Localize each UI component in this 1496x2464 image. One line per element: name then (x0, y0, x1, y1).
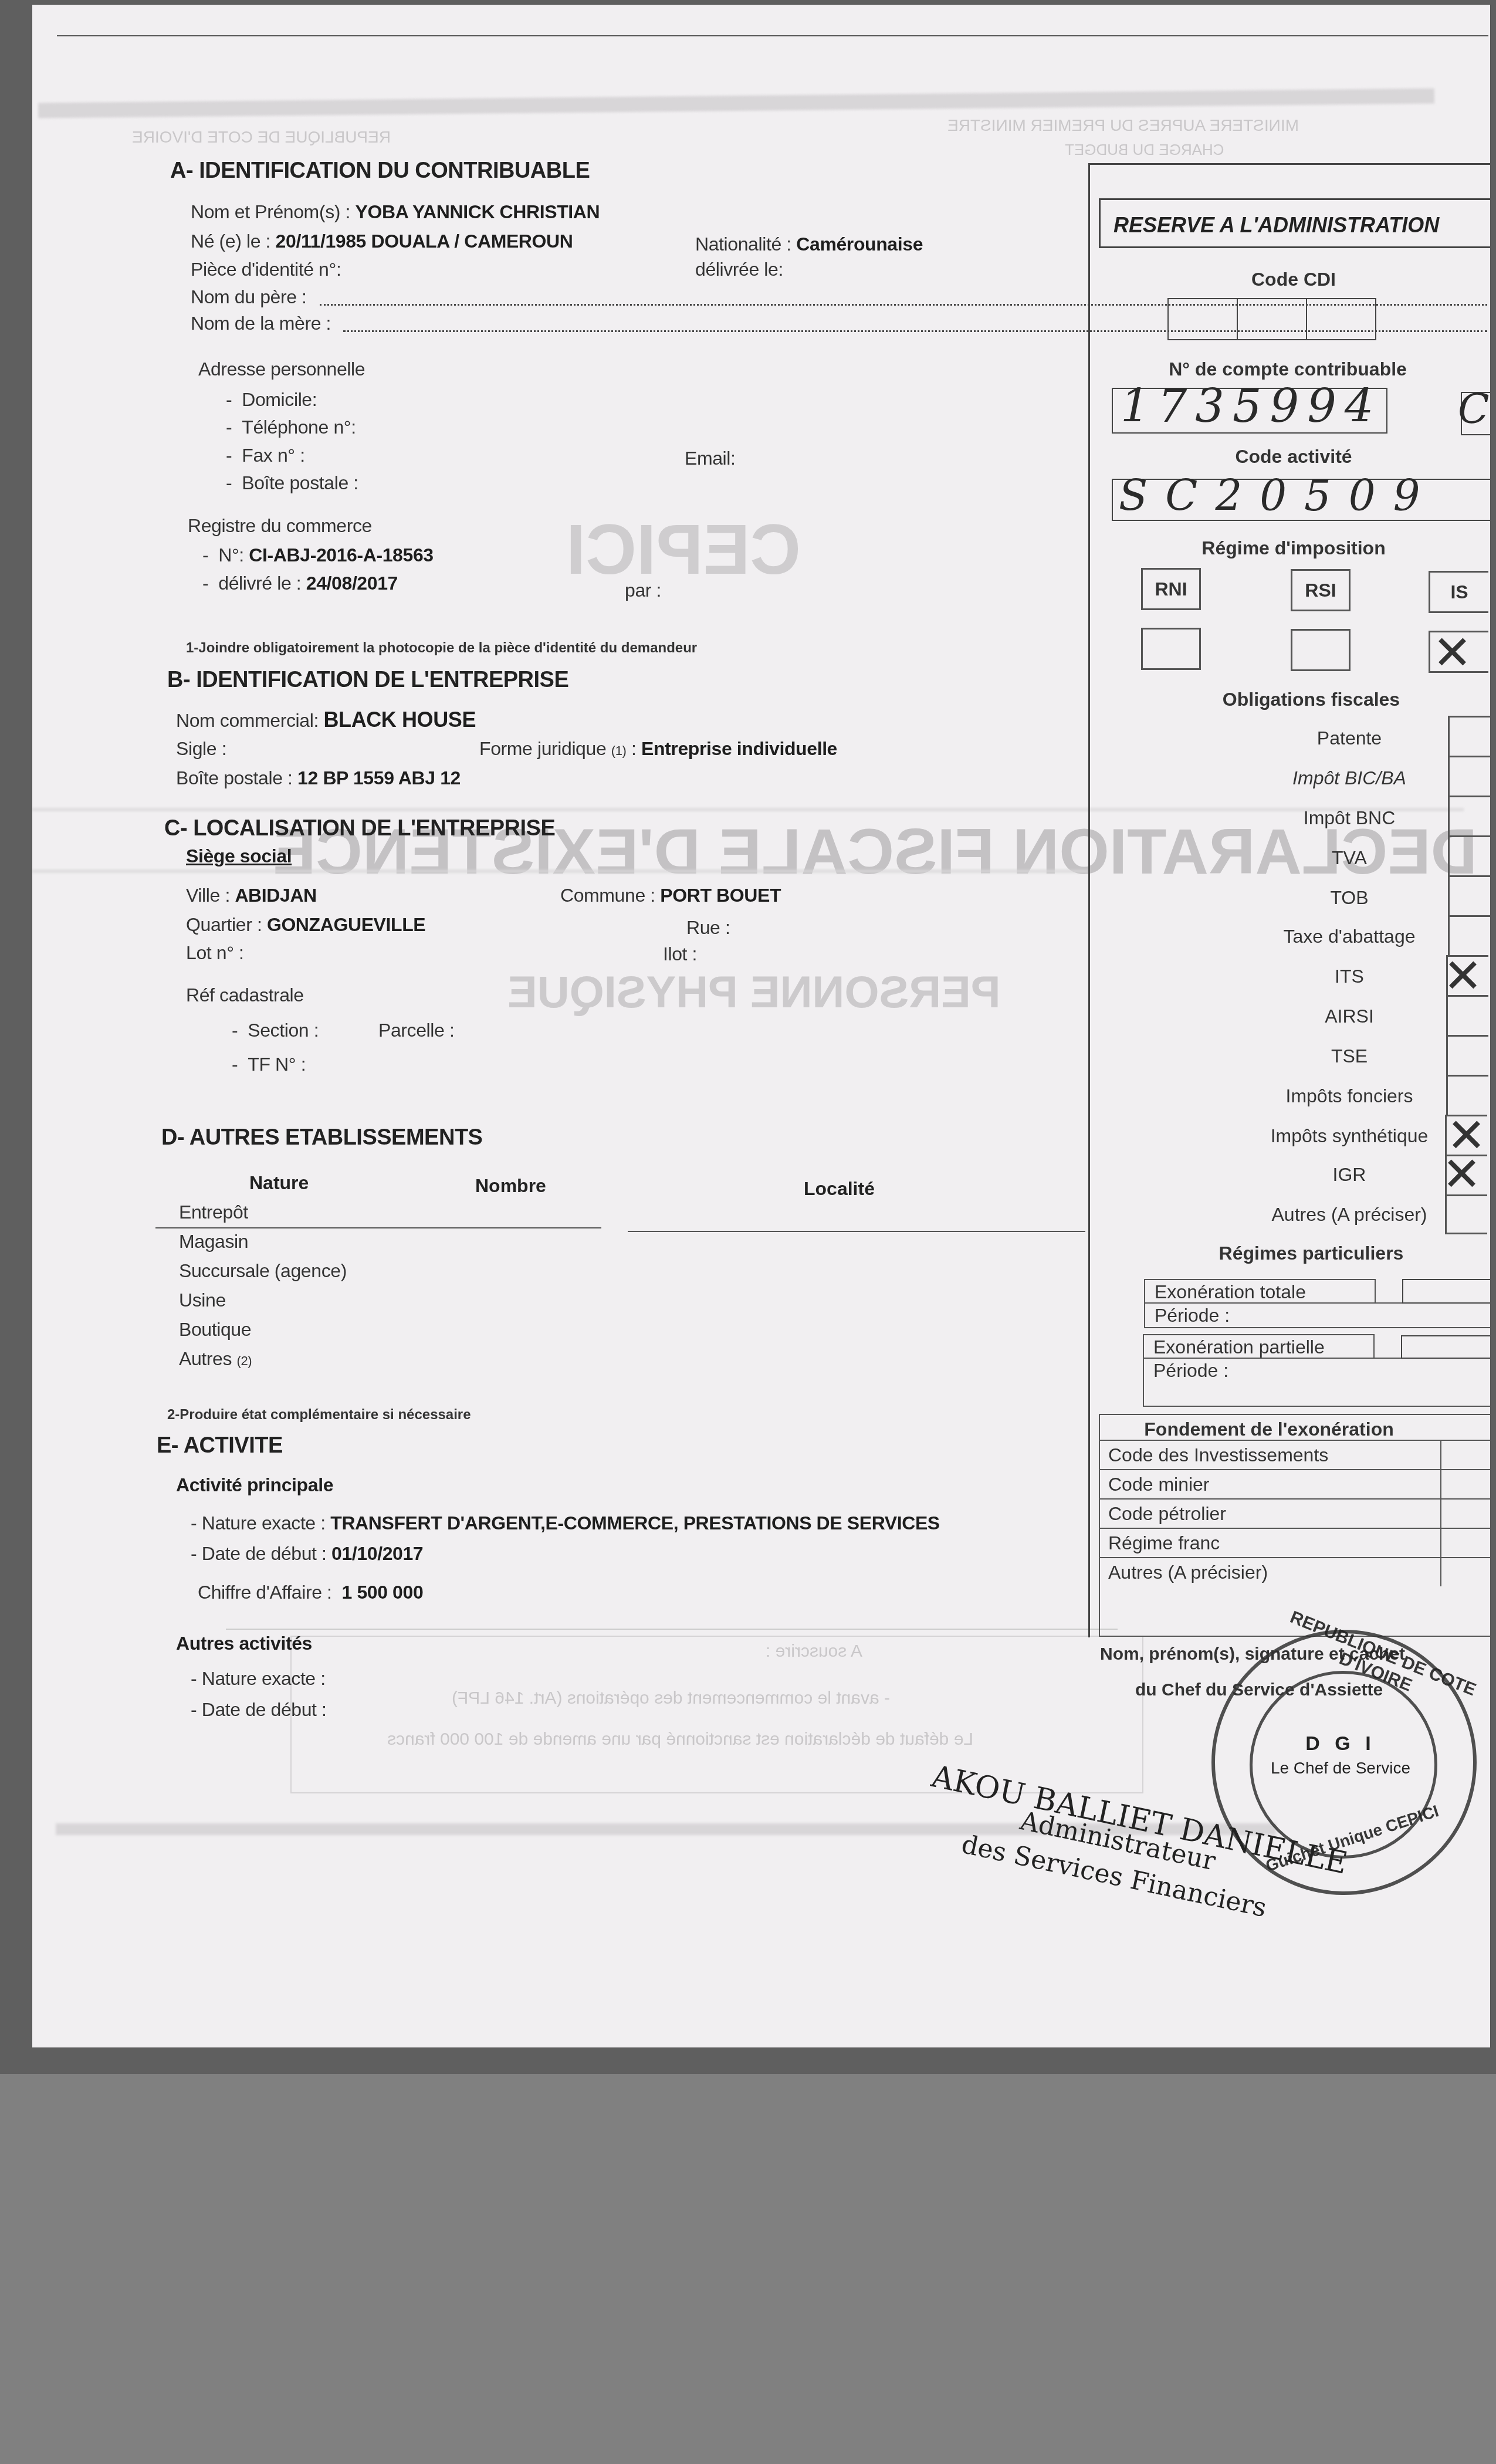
sigle-label: Sigle : (176, 738, 226, 760)
registre-date-label: délivré le : (218, 573, 301, 594)
obligation-its: ITS (1244, 966, 1455, 987)
section-e-heading: E- ACTIVITE (157, 1433, 283, 1458)
section-field: - Section : (232, 1020, 319, 1041)
scan-streak (38, 89, 1434, 119)
telephone-field: - Téléphone n°: (226, 417, 356, 438)
forme-juridique-value: Entreprise individuelle (641, 738, 837, 759)
regime-rsi-checkbox[interactable] (1291, 629, 1351, 671)
exoneration-partielle-periode[interactable]: Période : (1143, 1358, 1490, 1407)
obligation-checkbox[interactable] (1446, 995, 1488, 1035)
fondement-row[interactable]: Régime franc (1099, 1528, 1490, 1557)
nature-cell: Magasin (179, 1231, 248, 1252)
ville-value: ABIDJAN (235, 885, 316, 906)
exoneration-partielle-label: Exonération partielle (1143, 1334, 1375, 1359)
code-cdi-cell[interactable] (1306, 298, 1376, 340)
obligation-checkbox[interactable] (1448, 716, 1490, 756)
boite-postale-field: - Boîte postale : (226, 472, 358, 494)
table-row[interactable]: Magasin (179, 1231, 248, 1253)
date-debut-label: - Date de début : (191, 1543, 327, 1564)
tf-label: TF N° : (248, 1054, 306, 1075)
nom-pere-label: Nom du père : (191, 286, 307, 308)
section-a-heading: A- IDENTIFICATION DU CONTRIBUABLE (170, 158, 590, 184)
code-activite-value: SC20509 (1119, 471, 1437, 520)
table-row[interactable]: Entrepôt (179, 1201, 248, 1223)
bullet: - (202, 573, 208, 594)
obligation-checkbox[interactable] (1446, 1035, 1488, 1075)
obligation-checkbox[interactable] (1448, 875, 1490, 915)
regime-rni-label: RNI (1141, 568, 1201, 610)
bp-entreprise-label: Boîte postale : (176, 767, 293, 788)
registre-date-field: - délivré le : 24/08/2017 (202, 573, 398, 594)
regime-is-label: IS (1429, 571, 1488, 613)
registre-numero-label: N°: (218, 544, 244, 566)
obligation-checkbox[interactable] (1445, 1194, 1487, 1234)
obligation-bnc: Impôt BNC (1244, 807, 1455, 829)
nature-exacte-value: TRANSFERT D'ARGENT,E-COMMERCE, PRESTATIO… (330, 1512, 940, 1534)
fondement-autres: Autres (A précisier) (1108, 1562, 1268, 1583)
compte-contribuable-label: N° de compte contribuable (1123, 358, 1452, 380)
chiffre-affaire-label: Chiffre d'Affaire : (198, 1582, 332, 1603)
regime-rni-checkbox[interactable] (1141, 628, 1201, 670)
seal-center-text: D G I (1250, 1732, 1431, 1755)
ville-field: Ville : ABIDJAN (186, 885, 317, 906)
nature-cell: Entrepôt (179, 1201, 248, 1223)
section-label: Section : (248, 1020, 319, 1041)
ilot-label: Ilot : (663, 943, 697, 965)
ghost-header-right: MINISTERE AUPRES DU PREMIER MINISTRE (947, 116, 1299, 135)
fondement-code-investissements: Code des Investissements (1108, 1444, 1328, 1465)
exoneration-partielle-checkbox[interactable] (1401, 1335, 1490, 1359)
regimes-particuliers-label: Régimes particuliers (1182, 1243, 1440, 1264)
nature-exacte-field: - Nature exacte : TRANSFERT D'ARGENT,E-C… (191, 1512, 940, 1534)
obligation-impots-fonciers: Impôts fonciers (1244, 1085, 1455, 1107)
section-c-heading: C- LOCALISATION DE L'ENTREPRISE (164, 816, 555, 841)
fondement-code-minier: Code minier (1108, 1474, 1210, 1495)
obligation-airsi: AIRSI (1244, 1006, 1455, 1027)
ghost-header-left: REPUBLIQUE DE COTE D'IVOIRE (132, 128, 391, 147)
obligation-autres: Autres (A préciser) (1244, 1204, 1455, 1226)
regime-is-checkbox[interactable]: ✕ (1429, 631, 1488, 673)
nom-prenoms-field: Nom et Prénom(s) : YOBA YANNICK CHRISTIA… (191, 201, 600, 223)
ghost-rule (226, 1629, 1118, 1630)
nature-cell: Boutique (179, 1319, 251, 1340)
nom-commercial-field: Nom commercial: BLACK HOUSE (176, 708, 476, 732)
seal-center-text-2: Le Chef de Service (1250, 1759, 1431, 1778)
obligation-bic-ba: Impôt BIC/BA (1244, 767, 1455, 789)
adresse-personnelle-label: Adresse personnelle (198, 358, 365, 380)
ghost-cepici-logo: CEPICI (566, 509, 801, 590)
check-x-icon: ✕ (1442, 1154, 1481, 1195)
registre-date-value: 24/08/2017 (306, 573, 398, 594)
code-cdi-label: Code CDI (1147, 269, 1440, 290)
forme-juridique-ref: (1) (611, 743, 627, 758)
check-x-icon: ✕ (1443, 956, 1483, 997)
fondement-regime-franc: Régime franc (1108, 1532, 1220, 1553)
table-row[interactable]: Usine (179, 1289, 226, 1311)
date-debut-value: 01/10/2017 (331, 1543, 423, 1564)
table-row[interactable]: Succursale (agence) (179, 1260, 347, 1282)
date-lieu-naissance-field: Né (e) le : 20/11/1985 DOUALA / CAMEROUN (191, 231, 573, 252)
bp-entreprise-field: Boîte postale : 12 BP 1559 ABJ 12 (176, 767, 461, 789)
siege-social-label: Siège social (186, 845, 292, 867)
section-b-heading: B- IDENTIFICATION DE L'ENTREPRISE (167, 668, 568, 693)
bullet: - (226, 445, 232, 466)
ghost-rule (32, 870, 1088, 872)
tf-field: - TF N° : (232, 1054, 306, 1075)
fax-field: - Fax n° : (226, 445, 305, 466)
bp-entreprise-value: 12 BP 1559 ABJ 12 (297, 767, 461, 788)
autres-nature-label: - Nature exacte : (191, 1668, 326, 1690)
exoneration-totale-periode[interactable]: Période : (1144, 1302, 1490, 1328)
parcelle-label: Parcelle : (378, 1020, 454, 1041)
registre-numero-value: CI-ABJ-2016-A-18563 (249, 544, 433, 566)
obligation-checkbox[interactable]: ✕ (1445, 1155, 1487, 1194)
col-header-nombre: Nombre (475, 1175, 546, 1197)
bullet: - (232, 1054, 238, 1075)
footnote-2: 2-Produire état complémentaire si nécess… (167, 1407, 471, 1423)
obligations-list: Patente Impôt BIC/BA Impôt BNC TVA TOB T… (1194, 720, 1455, 1237)
obligation-taxe-abattage: Taxe d'abattage (1244, 926, 1455, 947)
forme-juridique-label: Forme juridique (479, 738, 606, 759)
ne-le-label: Né (e) le : (191, 231, 270, 252)
bullet: - (226, 417, 232, 438)
section-d-heading: D- AUTRES ETABLISSEMENTS (161, 1125, 482, 1150)
admin-title: RESERVE A L'ADMINISTRATION (1099, 198, 1490, 248)
rue-label: Rue : (686, 917, 730, 939)
nationalite-value: Camérounaise (796, 233, 923, 255)
domicile-label: Domicile: (242, 389, 317, 410)
ne-le-value: 20/11/1985 DOUALA / CAMEROUN (276, 231, 573, 252)
obligation-tva: TVA (1244, 847, 1455, 869)
fax-label: Fax n° : (242, 445, 304, 466)
quartier-label: Quartier : (186, 914, 262, 935)
exoneration-totale-checkbox[interactable] (1402, 1279, 1490, 1304)
footnote-1: 1-Joindre obligatoirement la photocopie … (186, 640, 697, 656)
date-debut-field: - Date de début : 01/10/2017 (191, 1543, 423, 1565)
obligation-patente: Patente (1244, 727, 1455, 749)
fondement-row[interactable]: Code minier (1099, 1469, 1490, 1498)
nationalite-label: Nationalité : (695, 233, 791, 255)
nom-prenoms-value: YOBA YANNICK CHRISTIAN (355, 201, 600, 222)
nom-prenoms-label: Nom et Prénom(s) : (191, 201, 350, 222)
fondement-row[interactable]: Code pétrolier (1099, 1498, 1490, 1528)
commune-label: Commune : (560, 885, 655, 906)
chiffre-affaire-field: Chiffre d'Affaire : 1 500 000 (198, 1582, 423, 1603)
obligations-fiscales-label: Obligations fiscales (1182, 689, 1440, 710)
bullet: - (226, 389, 232, 410)
bullet: - (202, 544, 208, 566)
obligation-checkbox[interactable] (1448, 796, 1490, 835)
quartier-value: GONZAGUEVILLE (267, 914, 425, 935)
ref-cadastrale-label: Réf cadastrale (186, 984, 304, 1006)
nature-cell: Autres (179, 1348, 232, 1369)
activite-principale-label: Activité principale (176, 1474, 333, 1496)
commune-value: PORT BOUET (660, 885, 781, 906)
table-row[interactable]: Autres (2) (179, 1348, 252, 1370)
autres-date-label: - Date de début : (191, 1699, 327, 1721)
col-header-localite: Localité (804, 1178, 875, 1200)
email-label: Email: (685, 448, 736, 469)
code-cdi-cell[interactable] (1167, 298, 1238, 340)
chiffre-affaire-value: 1 500 000 (342, 1582, 424, 1603)
bullet: - (232, 1020, 238, 1041)
code-cdi-cell[interactable] (1237, 298, 1307, 340)
nature-cell: Succursale (agence) (179, 1260, 347, 1281)
table-row[interactable]: Boutique (179, 1319, 251, 1341)
fondement-label: Fondement de l'exonération (1099, 1419, 1439, 1440)
fondement-row[interactable]: Autres (A précisier) (1099, 1557, 1490, 1586)
bullet: - (226, 472, 232, 493)
registre-par-label: par : (625, 580, 661, 601)
exoneration-totale-label: Exonération totale (1144, 1279, 1376, 1304)
nature-cell: Usine (179, 1289, 226, 1311)
declaration-form-page: REPUBLIQUE DE COTE D'IVOIRE MINISTERE AU… (32, 5, 1490, 2047)
regime-rsi-label: RSI (1291, 569, 1351, 611)
ville-label: Ville : (186, 885, 230, 906)
autres-ref: (2) (237, 1353, 252, 1368)
ghost-header-right2: CHARGE DU BUDGET (1065, 141, 1224, 159)
obligation-checkbox[interactable]: ✕ (1446, 955, 1488, 995)
telephone-label: Téléphone n°: (242, 417, 356, 438)
ghost-notice-box (290, 1636, 1143, 1793)
autres-activites-label: Autres activités (176, 1633, 312, 1654)
nom-mere-label: Nom de la mère : (191, 313, 331, 334)
col-header-nature: Nature (249, 1172, 309, 1194)
code-activite-label: Code activité (1147, 446, 1440, 468)
lot-label: Lot n° : (186, 942, 244, 964)
obligation-checkbox[interactable] (1448, 756, 1490, 796)
compte-contribuable-value: 1735994 (1121, 380, 1382, 433)
compte-key-value: C (1458, 385, 1490, 433)
delivree-le-label: délivrée le: (695, 259, 783, 280)
fondement-code-petrolier: Code pétrolier (1108, 1503, 1226, 1524)
obligation-checkbox[interactable] (1448, 835, 1490, 875)
check-x-icon: ✕ (1433, 632, 1472, 673)
nom-commercial-label: Nom commercial: (176, 710, 319, 731)
ghost-subtitle: PERSONNE PHYSIQUE (507, 967, 1000, 1018)
forme-juridique-field: Forme juridique (1) : Entreprise individ… (479, 738, 837, 760)
domicile-field: - Domicile: (226, 389, 317, 411)
obligation-impots-synthetique: Impôts synthétique (1244, 1125, 1455, 1147)
obligation-tse: TSE (1244, 1045, 1455, 1067)
table-rule (155, 1227, 601, 1228)
piece-identite-label: Pièce d'identité n°: (191, 259, 341, 280)
quartier-field: Quartier : GONZAGUEVILLE (186, 914, 425, 936)
boite-postale-label: Boîte postale : (242, 472, 358, 493)
fondement-divider (1440, 1440, 1441, 1586)
fondement-row[interactable]: Code des Investissements (1099, 1440, 1490, 1469)
nature-exacte-label: - Nature exacte : (191, 1512, 326, 1534)
nom-commercial-value: BLACK HOUSE (323, 708, 476, 732)
regime-imposition-label: Régime d'imposition (1147, 537, 1440, 559)
obligation-tob: TOB (1244, 887, 1455, 909)
registre-numero-field: - N°: CI-ABJ-2016-A-18563 (202, 544, 434, 566)
nationalite-field: Nationalité : Camérounaise (695, 233, 923, 255)
commune-field: Commune : PORT BOUET (560, 885, 781, 906)
registre-commerce-label: Registre du commerce (188, 515, 372, 537)
top-rule (57, 35, 1488, 36)
obligation-igr: IGR (1244, 1164, 1455, 1186)
table-rule (628, 1231, 1085, 1232)
